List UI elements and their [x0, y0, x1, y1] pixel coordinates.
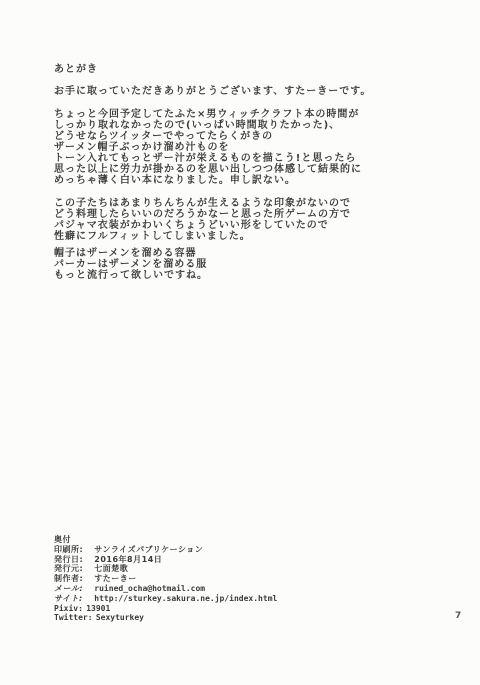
colophon-twitter-value: Sexyturkey	[96, 613, 144, 622]
colophon-label: 発行日:	[54, 555, 91, 565]
colophon-label: Pixiv:	[54, 604, 83, 613]
afterword-line: 帽子はザーメンを溜める容器	[54, 248, 197, 259]
colophon-entry-author: 制作者: すたーきー	[54, 574, 277, 584]
colophon-entry-email: メール: ruined_ocha@hotmail.com	[54, 584, 277, 594]
colophon-label: 制作者:	[54, 574, 91, 584]
afterword-line: ちょっと今回予定してたふた×男ウィッチクラフト本の時間が	[54, 109, 359, 120]
colophon-entry-twitter: Twitter: Sexyturkey	[54, 613, 277, 623]
page-number: 7	[455, 611, 461, 621]
colophon-label: 発行元:	[54, 564, 91, 574]
colophon-entry-pixiv: Pixiv: 13901	[54, 604, 277, 614]
afterword-line: パジャマ衣装がかわいくちょうどいい形をしていたので	[54, 220, 329, 231]
afterword-heading: あとがき	[54, 64, 434, 75]
afterword-line: お手に取っていただきありがとうございます、すたーきーです。	[54, 86, 371, 97]
colophon-value: すたーきー	[94, 574, 137, 583]
afterword-paragraph: お手に取っていただきありがとうございます、すたーきーです。	[54, 86, 434, 97]
afterword-line: 思った以上に労力が掛かるのを思い出しつつ体感して結果的に	[54, 164, 362, 175]
afterword-line: どうせならツイッターでやってたらくがきの	[54, 131, 273, 142]
afterword-line: 性癖にフルフィットしてしまいました。	[54, 231, 251, 242]
afterword-line: パーカーはザーメンを溜める服	[54, 259, 207, 270]
colophon-entry-publisher: 発行元: 七面楚歌	[54, 564, 277, 574]
colophon-value: 七面楚歌	[94, 564, 128, 573]
afterword-paragraph: この子たちはあまりちんちんが生えるような印象がないので どう料理したらいいのだろ…	[54, 198, 434, 242]
afterword-text-block: あとがき お手に取っていただきありがとうございます、すたーきーです。 ちょっと今…	[54, 64, 434, 304]
colophon-url-value: http://sturkey.sakura.ne.jp/index.html	[94, 594, 277, 603]
afterword-line: どう料理したらいいのだろうかなーと思った所ゲームの方で	[54, 209, 351, 220]
afterword-paragraph: 帽子はザーメンを溜める容器 パーカーはザーメンを溜める服 もっと流行って欲しいで…	[54, 248, 434, 281]
colophon-label: メール:	[54, 584, 91, 594]
colophon-value: 2016年8月14日	[94, 555, 162, 564]
afterword-line: めっちゃ薄く白い本になりました。申し訳ない。	[54, 175, 296, 186]
afterword-line: トーン入れてもっとザー汁が栄えるものを描こう!と思ったら	[54, 153, 356, 164]
colophon-value: サンライズパブリケーション	[94, 545, 203, 554]
colophon-label: サイト:	[54, 594, 91, 604]
afterword-line: この子たちはあまりちんちんが生えるような印象がないので	[54, 198, 351, 209]
colophon-block: 奥付 印刷所: サンライズパブリケーション 発行日: 2016年8月14日 発行…	[54, 535, 277, 623]
colophon-email-value: ruined_ocha@hotmail.com	[94, 584, 205, 593]
afterword-paragraph: ちょっと今回予定してたふた×男ウィッチクラフト本の時間が しっかり取れなかったの…	[54, 109, 434, 186]
colophon-entry-publish-date: 発行日: 2016年8月14日	[54, 555, 277, 565]
afterword-line: ザーメン帽子ぶっかけ溜め汁ものを	[54, 142, 230, 153]
colophon-entry-printer: 印刷所: サンライズパブリケーション	[54, 545, 277, 555]
colophon-pixiv-value: 13901	[86, 604, 110, 613]
colophon-label: Twitter:	[54, 613, 93, 622]
afterword-line: しっかり取れなかったので(いっぱい時間取りたかった)、	[54, 120, 340, 131]
afterword-line: もっと流行って欲しいですね。	[54, 270, 208, 281]
scanned-afterword-page: あとがき お手に取っていただきありがとうございます、すたーきーです。 ちょっと今…	[0, 0, 480, 685]
colophon-label: 印刷所:	[54, 545, 91, 555]
colophon-title: 奥付	[54, 535, 277, 545]
colophon-entry-website: サイト: http://sturkey.sakura.ne.jp/index.h…	[54, 594, 277, 604]
